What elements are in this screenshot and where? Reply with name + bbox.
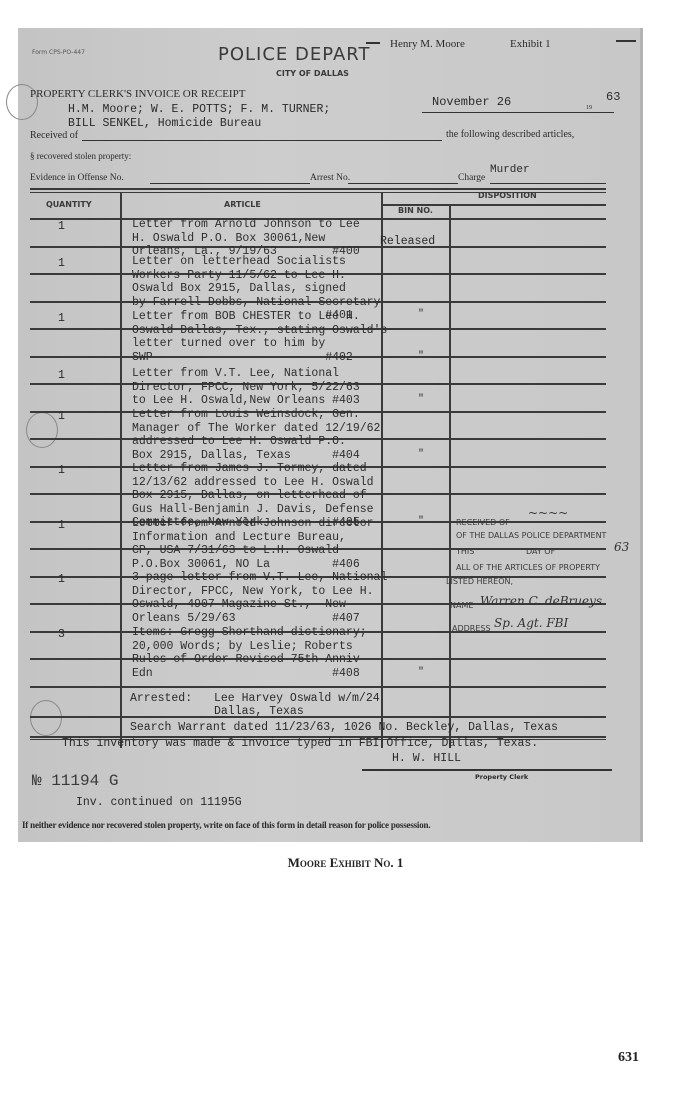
item-bin: "	[418, 667, 424, 678]
received-names-line2: BILL SENKEL, Homicide Bureau	[68, 117, 261, 130]
item-quantity: 1	[58, 369, 65, 382]
property-clerk-label: Property Clerk	[475, 773, 528, 781]
property-clerk-name: H. W. HILL	[392, 752, 461, 765]
stamp-all-articles: ALL OF THE ARTICLES OF PROPERTY	[456, 563, 600, 572]
stamp-this: THIS	[456, 547, 474, 556]
table-top-rule	[30, 188, 606, 190]
following-label: the following described articles,	[446, 129, 574, 140]
city-title: CITY OF DALLAS	[276, 69, 349, 78]
item-quantity: 1	[58, 257, 65, 270]
recovered-label: § recovered stolen property:	[30, 151, 131, 161]
exhibit-label: Exhibit 1	[510, 38, 551, 50]
search-warrant: Search Warrant dated 11/23/63, 1026 No. …	[130, 721, 558, 734]
evidence-line	[150, 183, 310, 184]
exhibit-caption: Moore Exhibit No. 1	[0, 855, 691, 871]
column-divider	[120, 193, 122, 748]
column-divider	[449, 206, 451, 748]
punch-hole	[30, 700, 62, 736]
charge-label: Charge	[458, 173, 485, 183]
disclaimer: If neither evidence nor recovered stolen…	[22, 820, 430, 830]
item-bin: "	[418, 309, 424, 320]
item-quantity: 1	[58, 519, 65, 532]
bin-header: BIN NO.	[398, 206, 433, 215]
arrest-label: Arrest No.	[310, 173, 350, 183]
item-article: Letter from Arnold Johnson director Info…	[132, 517, 374, 571]
date-value: November 26	[432, 95, 511, 109]
item-quantity: 3	[58, 628, 65, 641]
date-line	[422, 112, 614, 113]
year-value: 63	[606, 90, 620, 104]
signature-line	[362, 769, 612, 771]
item-article: Letter from Louis Weinsdock, Gen. Manage…	[132, 408, 380, 462]
received-names-line1: H.M. Moore; W. E. POTTS; F. M. TURNER;	[68, 103, 330, 116]
item-article: Letter from BOB CHESTER to Lee H. Oswald…	[132, 310, 387, 364]
evidence-label: Evidence in Offense No.	[30, 173, 124, 183]
stamp-dept: OF THE DALLAS POLICE DEPARTMENT	[456, 531, 606, 540]
arrested-value: Lee Harvey Oswald w/m/24	[214, 692, 380, 705]
exhibit-name: Henry M. Moore	[390, 38, 465, 50]
received-line	[82, 140, 442, 141]
released-mark: Released	[380, 235, 435, 248]
inventory-note: This inventory was made & invoice typed …	[62, 737, 538, 750]
charge-line	[490, 183, 606, 184]
item-quantity: 1	[58, 220, 65, 233]
item-article: 3-page letter from V.T. Lee, National Di…	[132, 571, 387, 625]
received-of-label: Received of	[30, 130, 78, 141]
stamp-address-label: ADDRESS	[452, 624, 491, 633]
charge-value: Murder	[490, 164, 530, 176]
invoice-continued: Inv. continued on 11195G	[76, 796, 242, 809]
arrested-label: Arrested:	[130, 692, 192, 705]
quantity-header: QUANTITY	[46, 200, 92, 209]
item-article: Letter from Arnold Johnson to Lee H. Osw…	[132, 218, 360, 259]
item-quantity: 1	[58, 312, 65, 325]
arrest-line	[348, 183, 458, 184]
item-bin: "	[418, 516, 424, 527]
item-quantity: 1	[58, 573, 65, 586]
stamp-day-of: DAY OF	[526, 547, 555, 556]
page-number: 631	[618, 1050, 639, 1066]
invoice-number: № 11194 G	[32, 772, 118, 790]
item-bin: "	[418, 449, 424, 460]
stamp-name-label: NAME	[450, 601, 473, 610]
stamp-address-signature: Sp. Agt. FBI	[494, 616, 568, 630]
year-prefix: 19	[586, 105, 592, 111]
department-title: POLICE DEPART	[218, 44, 370, 65]
stamp-listed: LISTED HEREON,	[446, 577, 513, 586]
item-quantity: 1	[58, 410, 65, 423]
punch-hole	[26, 412, 58, 448]
divider	[366, 42, 380, 44]
stamp-signature: ~~~~	[528, 506, 568, 520]
ruled-line	[30, 716, 606, 718]
arrested-location: Dallas, Texas	[214, 705, 304, 718]
item-bin: "	[418, 351, 424, 362]
ruled-line	[30, 686, 606, 688]
form-number: Form CPS-PO-447	[32, 49, 85, 56]
divider	[616, 40, 636, 42]
column-divider	[381, 193, 383, 748]
scanned-form: Form CPS-PO-447 POLICE DEPART Henry M. M…	[18, 28, 643, 842]
stamp-name-signature: Warren C. deBrueys	[480, 594, 602, 608]
item-article: Items: Gregg Shorthand dictionary; 20,00…	[132, 626, 367, 680]
stamp-year: 63	[614, 540, 629, 554]
article-header: ARTICLE	[224, 200, 261, 209]
item-quantity: 1	[58, 464, 65, 477]
stamp-received-of: RECEIVED OF	[456, 518, 510, 527]
item-bin: "	[418, 394, 424, 405]
disposition-header: DISPOSITION	[478, 191, 537, 200]
form-header: PROPERTY CLERK'S INVOICE OR RECEIPT	[30, 88, 245, 100]
item-article: Letter from V.T. Lee, National Director,…	[132, 367, 360, 408]
